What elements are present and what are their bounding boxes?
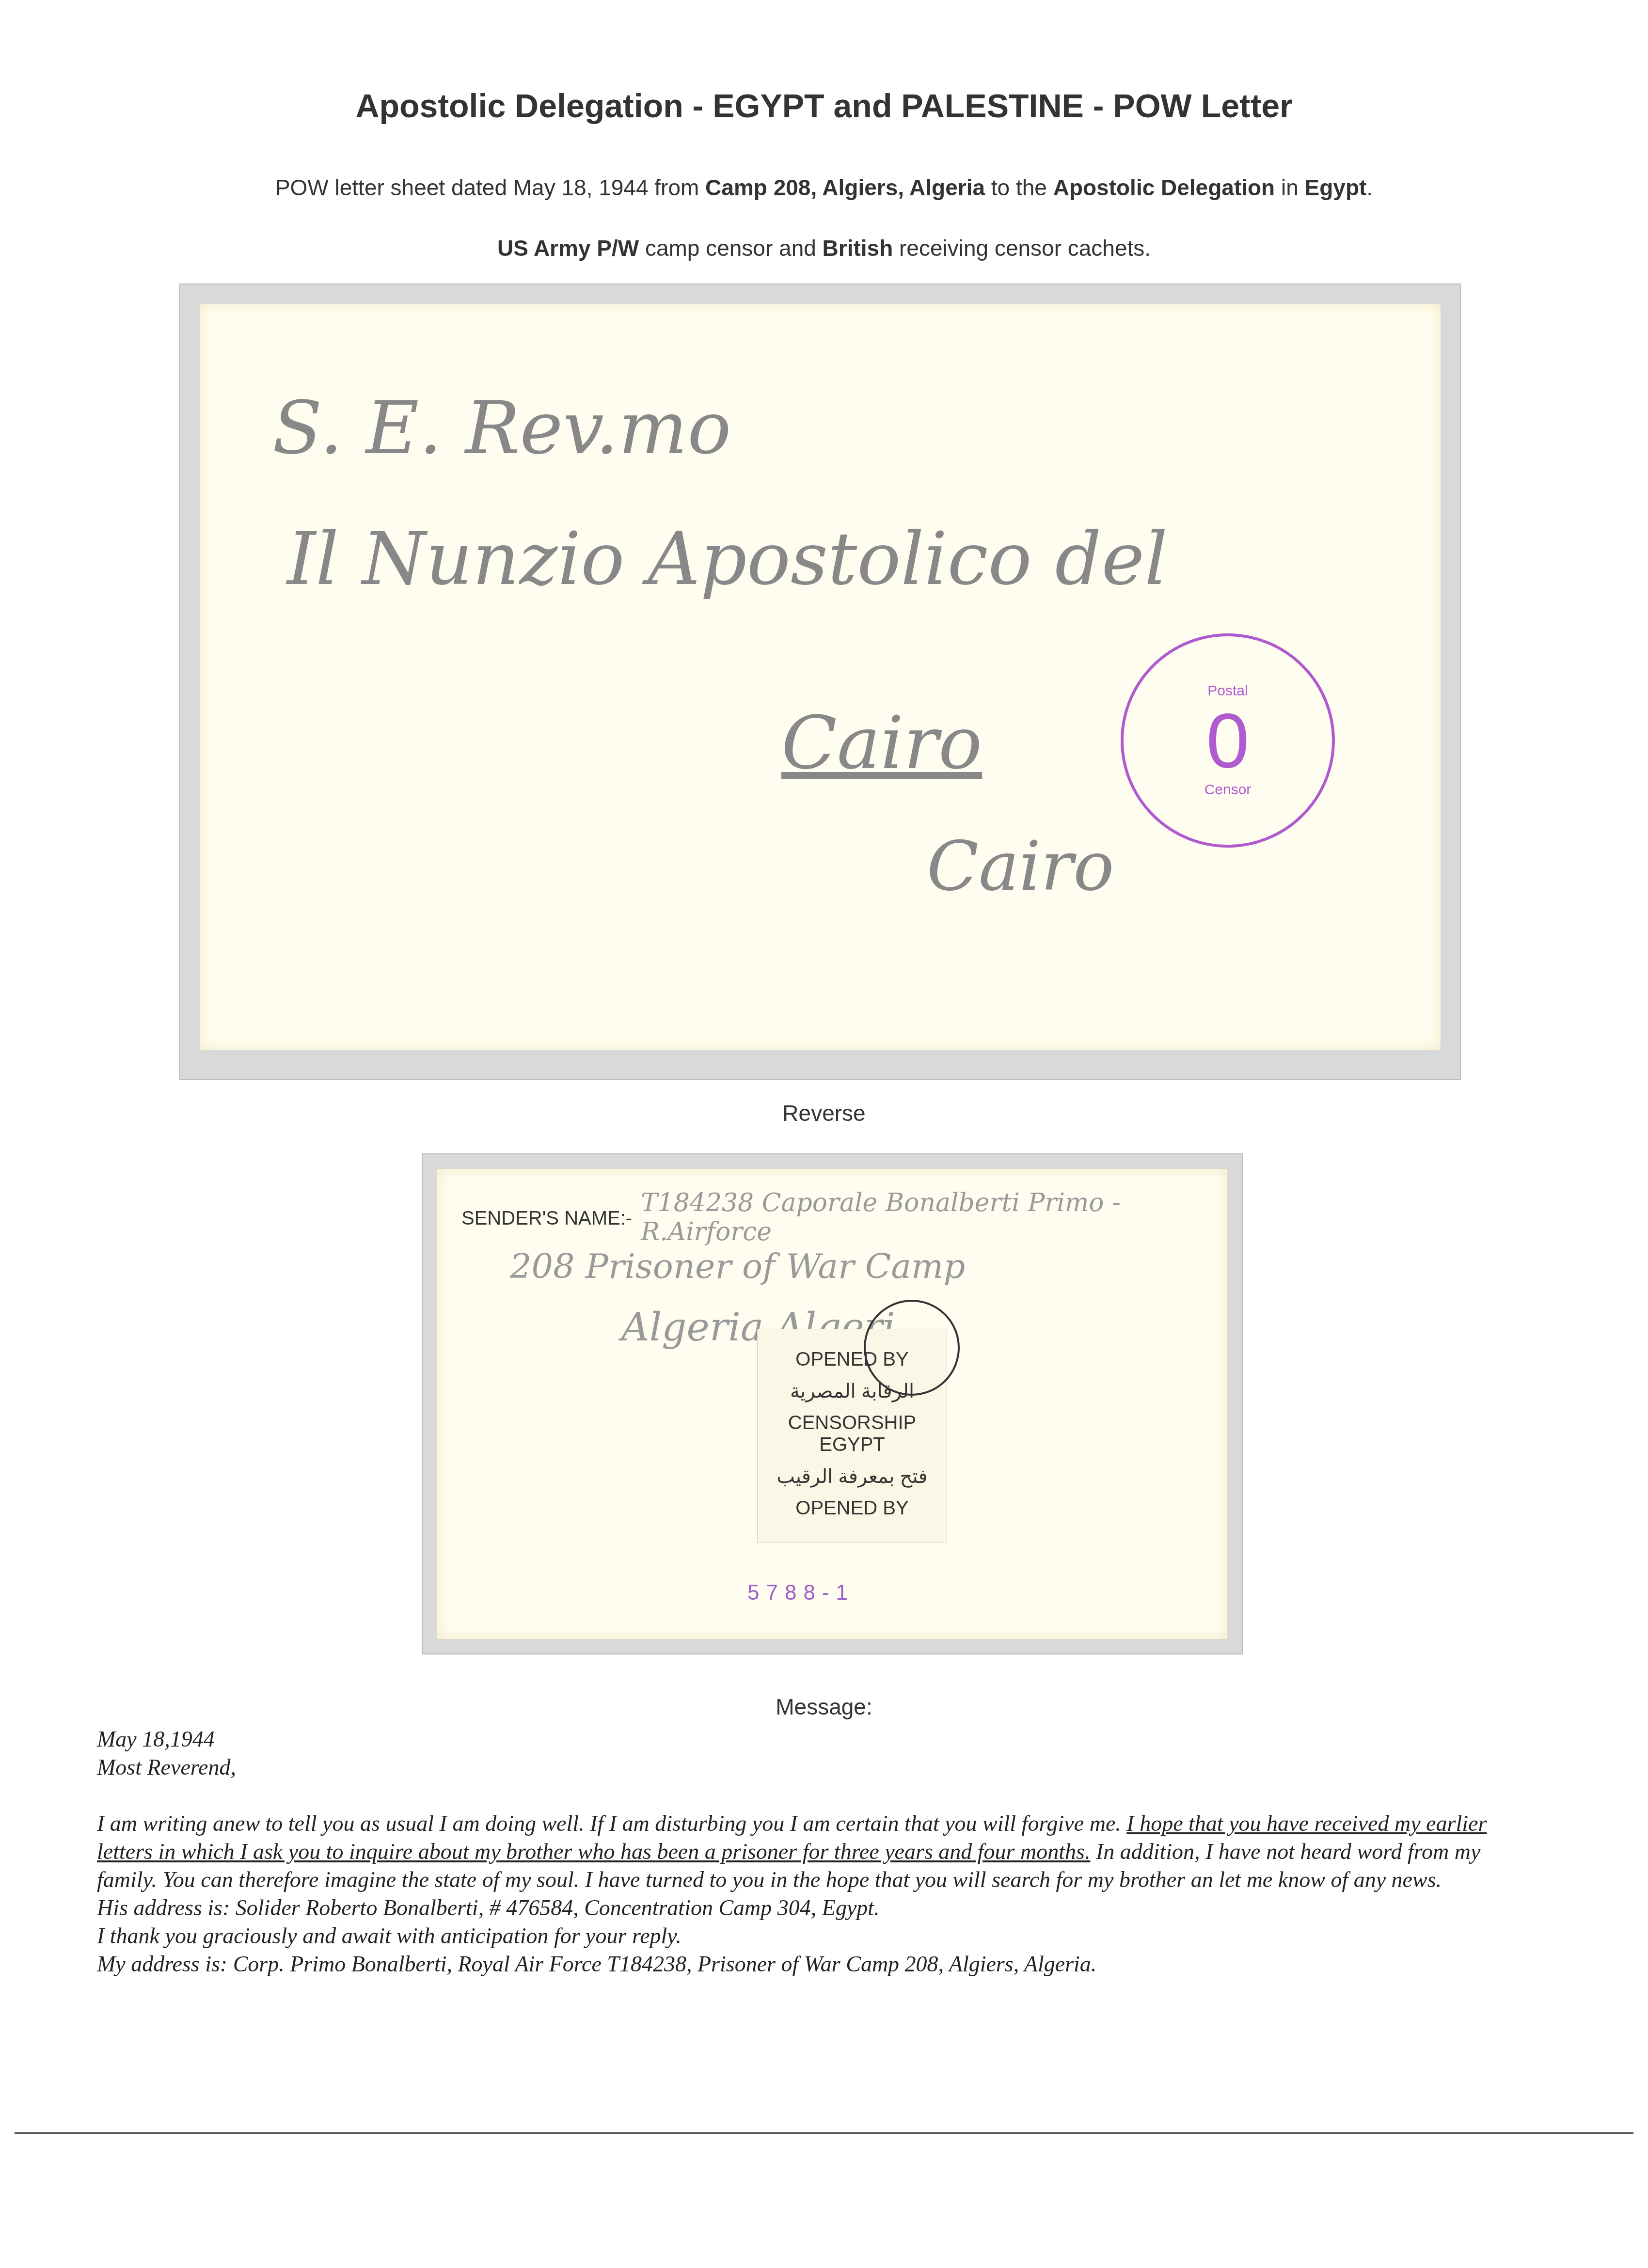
subtitle-british: British xyxy=(823,236,893,261)
censor-label-line: فتح بمعرفة الرقيب xyxy=(758,1465,947,1488)
subtitle-text: to the xyxy=(985,175,1053,200)
subtitle-text: receiving censor cachets. xyxy=(893,236,1151,261)
message-caption: Message: xyxy=(0,1694,1648,1720)
address-line-2: Il Nunzio Apostolico del xyxy=(287,517,1168,601)
subtitle-text: in xyxy=(1275,175,1304,200)
front-cover-mount: S. E. Rev.mo Il Nunzio Apostolico del Ca… xyxy=(179,283,1461,1080)
stamp-number: 0 xyxy=(1206,699,1250,782)
reverse-caption: Reverse xyxy=(0,1100,1648,1126)
message-salutation: Most Reverend, xyxy=(97,1753,1512,1781)
message-thanks: I thank you graciously and await with an… xyxy=(97,1922,1512,1950)
subtitle-destination: Apostolic Delegation xyxy=(1053,175,1275,200)
message-text: May 18,1944 Most Reverend, I am writing … xyxy=(97,1725,1512,1978)
subtitle-description: POW letter sheet dated May 18, 1944 from… xyxy=(0,174,1648,201)
stamp-text-bottom: Censor xyxy=(1204,782,1252,798)
bottom-divider xyxy=(15,2132,1633,2134)
receiving-postmark xyxy=(864,1300,960,1396)
address-line-4: Cairo xyxy=(927,827,1114,906)
message-body: I am writing anew to tell you as usual I… xyxy=(97,1810,1512,1894)
subtitle-origin: Camp 208, Algiers, Algeria xyxy=(705,175,985,200)
subtitle-text: . xyxy=(1366,175,1373,200)
reverse-cover: SENDER'S NAME:- T184238 Caporale Bonalbe… xyxy=(437,1169,1227,1639)
censor-label-line: CENSORSHIP EGYPT xyxy=(758,1412,947,1456)
number-stamp: 5788-1 xyxy=(747,1581,855,1605)
subtitle-us-army: US Army P/W xyxy=(497,236,639,261)
sender-handwriting-1: T184238 Caporale Bonalberti Primo - R.Ai… xyxy=(641,1188,1227,1246)
message-date: May 18,1944 xyxy=(97,1725,1512,1753)
reverse-cover-mount: SENDER'S NAME:- T184238 Caporale Bonalbe… xyxy=(422,1153,1243,1654)
postal-censor-stamp: Postal 0 Censor xyxy=(1121,633,1335,848)
sender-handwriting-2: 208 Prisoner of War Camp xyxy=(510,1246,965,1286)
page-title: Apostolic Delegation - EGYPT and PALESTI… xyxy=(0,87,1648,125)
subtitle-censors: US Army P/W camp censor and British rece… xyxy=(0,235,1648,261)
message-sender-address: My address is: Corp. Primo Bonalberti, R… xyxy=(97,1950,1512,1978)
sender-name-label: SENDER'S NAME:- xyxy=(461,1208,632,1229)
subtitle-country: Egypt xyxy=(1305,175,1367,200)
censor-label-line: OPENED BY xyxy=(758,1497,947,1519)
address-line-1: S. E. Rev.mo xyxy=(272,386,731,471)
address-line-3: Cairo xyxy=(781,701,982,786)
subtitle-text: POW letter sheet dated May 18, 1944 from xyxy=(275,175,705,200)
message-body-text: I am writing anew to tell you as usual I… xyxy=(97,1811,1126,1836)
subtitle-text: camp censor and xyxy=(639,236,822,261)
message-brother-address: His address is: Solider Roberto Bonalber… xyxy=(97,1894,1512,1922)
front-cover: S. E. Rev.mo Il Nunzio Apostolico del Ca… xyxy=(200,304,1441,1050)
